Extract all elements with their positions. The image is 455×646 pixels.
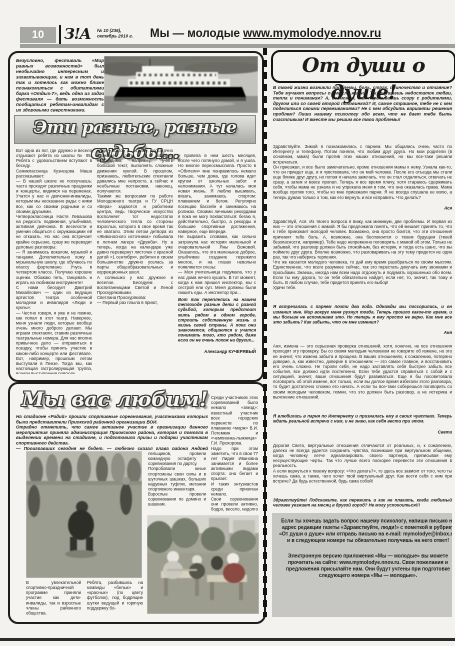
festival-closing: Вот так переплелись на нашем теплоходе р…	[178, 297, 256, 343]
festival-headline-band: Эти разные, разные судьбы...	[14, 115, 256, 144]
letter-signature: Ася	[273, 205, 452, 210]
board-games-photo	[147, 515, 259, 614]
photo-caption-right: Ребята, разбившись на команды «белых» и …	[87, 580, 143, 616]
festival-column-3-text: и провела в нем шесть месяцев, после чег…	[178, 153, 256, 295]
sports-headline: Мы вас любим!	[18, 386, 212, 412]
letter-answer: Дорогая Света, виртуальные отношения отл…	[273, 443, 452, 484]
letter-question: Здравствуйте! Подскажите, как пережить и…	[273, 498, 452, 508]
letter-question: Я влюбилась в парня по Интернету и призн…	[273, 414, 452, 424]
letter-question: Здравствуйте. Зимой я познакомилась с па…	[273, 144, 452, 200]
info-box: Если ты хочешь задать вопрос нашему псих…	[272, 513, 452, 617]
festival-article: Безусловно, фестиваль «Мир равных возмож…	[8, 51, 264, 382]
festival-signature: Александр КУЧЕРЯВЫЙ	[178, 349, 256, 354]
festival-lead: Безусловно, фестиваль «Мир равных возмож…	[16, 58, 104, 112]
sports-right-text: Среди участников этих соревнований было …	[211, 395, 258, 512]
sports-right-column: Среди участников этих соревнований было …	[211, 390, 258, 512]
section-divider-dashed	[263, 48, 267, 617]
issue-info: № 10 (236), октябрь 2010 г.	[97, 28, 143, 43]
header-rule	[20, 44, 455, 48]
masthead-url: www.mymolodye.nnov.ru	[243, 28, 381, 40]
page-number: 10	[20, 27, 56, 43]
sports-article: Мы вас любим! На стадионе «Радий» прошли…	[8, 382, 266, 624]
sports-middle-column: лельщиков, провели командную эстафету и …	[148, 451, 206, 511]
letter-question: Я встречалась с парнем почти два года. О…	[273, 304, 452, 324]
advice-title-box: От души о душе!	[271, 50, 455, 83]
letter-signature: Аня	[273, 330, 452, 335]
header-divider	[59, 25, 61, 44]
advice-letters: Здравствуйте. Зимой я познакомилась с па…	[273, 139, 452, 509]
letter-answer: Здравствуй, Ася. Из твоего вопроса я виж…	[273, 219, 452, 290]
letter-signature: Света	[273, 429, 452, 434]
festival-column-3: и провела в нем шесть месяцев, после чег…	[178, 148, 256, 374]
masthead-title: Мы — молодые	[150, 28, 243, 40]
festival-column-1: Вот одна из яхт, где дружно и весело отд…	[16, 148, 92, 374]
masthead: Мы — молодые www.mymolodye.nnov.ru	[150, 28, 381, 40]
advice-intro: В твоей жизни возникли проблемы, боль, с…	[273, 85, 452, 135]
sports-intro: На стадионе «Радий» прошли спортивные со…	[16, 414, 208, 450]
festival-column-2: чаще всего я играю достаточно сложные ро…	[97, 148, 173, 374]
info-box-paragraph-2: Электронную версию приложения «Мы — моло…	[278, 553, 452, 579]
newspaper-page: 10 З!А № 10 (236), октябрь 2010 г. Мы — …	[0, 0, 455, 646]
newspaper-logo: З!А	[64, 25, 91, 43]
sack-race-photo	[26, 451, 142, 578]
photo-caption-left: В увлекательной спортивно-праздничной пр…	[26, 580, 81, 616]
river-boat-photo	[104, 56, 258, 113]
letter-answer: Аня, измена — это серьезная проверка отн…	[273, 344, 452, 400]
info-box-paragraph-1: Если ты хочешь задать вопрос нашему псих…	[278, 518, 452, 544]
bottom-rule	[0, 638, 455, 641]
